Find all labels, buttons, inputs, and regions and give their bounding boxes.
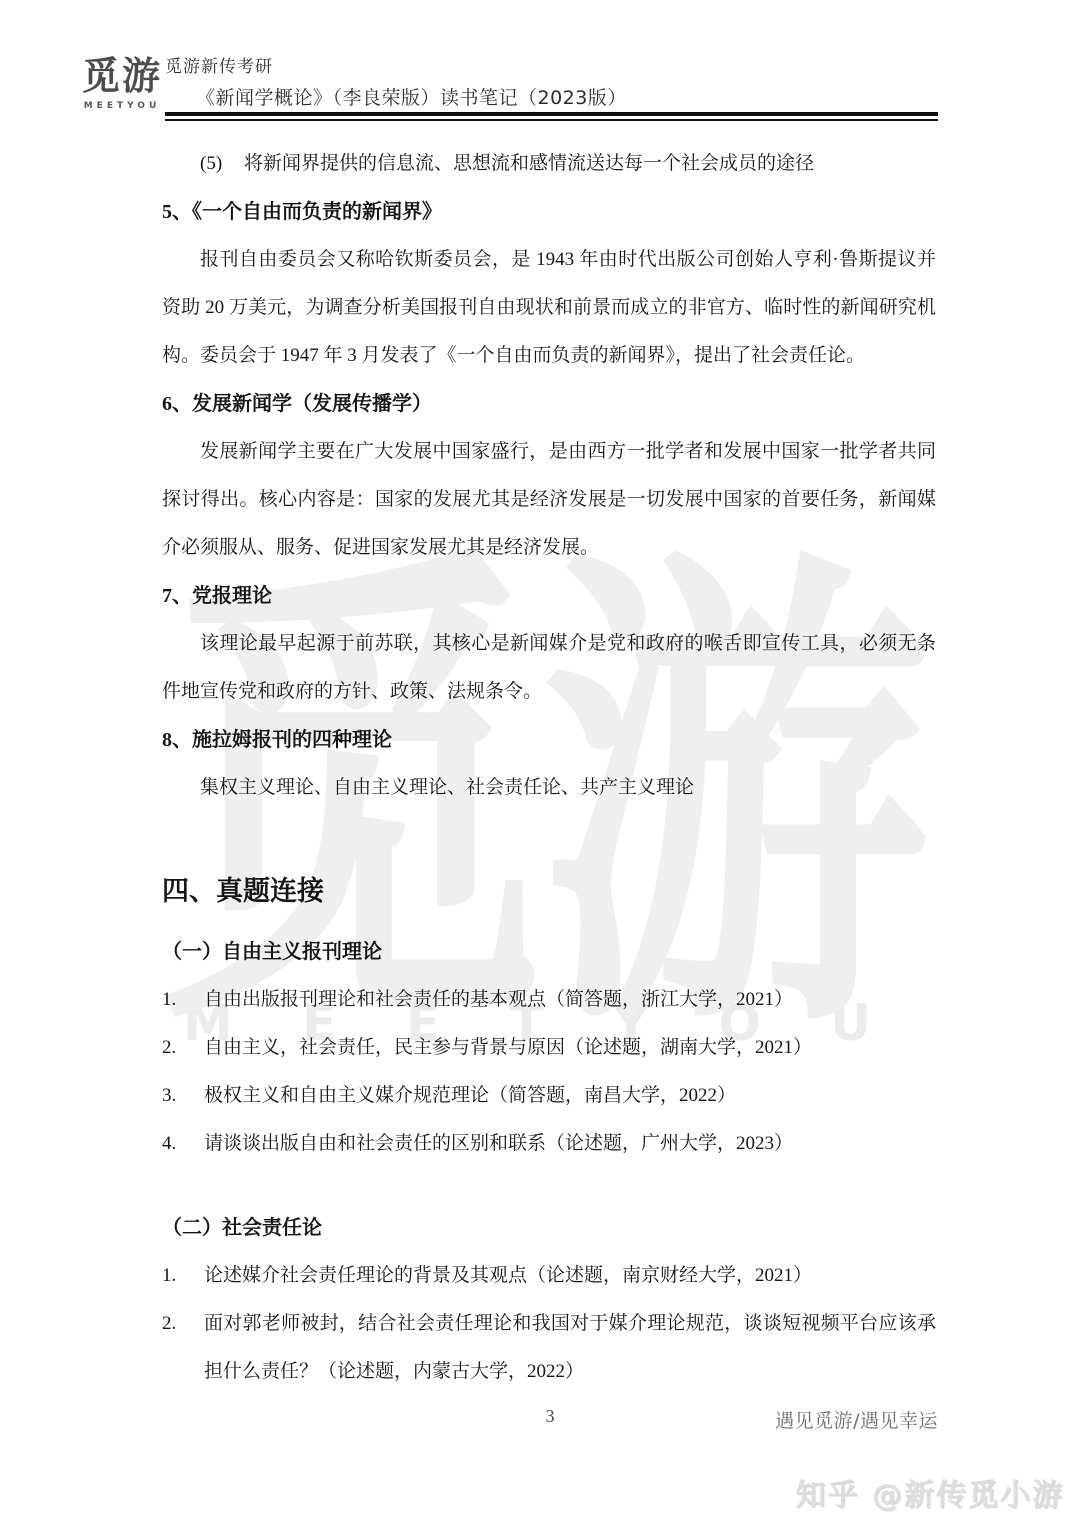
item-text: 自由主义，社会责任，民主参与背景与原因（论述题，湖南大学，2021） xyxy=(204,1024,936,1072)
item-text: 自由出版报刊理论和社会责任的基本观点（简答题，浙江大学，2021） xyxy=(204,976,936,1024)
paragraph: 集权主义理论、自由主义理论、社会责任论、共产主义理论 xyxy=(162,764,936,812)
logo-latin-label: MEETYOU xyxy=(78,101,166,111)
paragraph: 发展新闻学主要在广大发展中国家盛行，是由西方一批学者和发展中国家一批学者共同探讨… xyxy=(162,428,936,572)
item-text: 面对郭老师被封，结合社会责任理论和我国对于媒介理论规范，谈谈短视频平台应该承担什… xyxy=(204,1300,936,1396)
list-item: 1.自由出版报刊理论和社会责任的基本观点（简答题，浙江大学，2021） xyxy=(162,976,936,1024)
section-heading: 四、真题连接 xyxy=(162,860,936,922)
sub-heading: 6、发展新闻学（发展传播学） xyxy=(162,380,936,428)
document-page: 觅游 M E E T Y O U 觅游 MEETYOU 觅游新传考研 《新闻学概… xyxy=(0,0,1080,1528)
paragraph: 报刊自由委员会又称哈钦斯委员会，是 1943 年由时代出版公司创始人亨利·鲁斯提… xyxy=(162,236,936,380)
brand-logo: 觅游 MEETYOU xyxy=(78,54,166,111)
list-item: 2.自由主义，社会责任，民主参与背景与原因（论述题，湖南大学，2021） xyxy=(162,1024,936,1072)
list-item: 3.极权主义和自由主义媒介规范理论（简答题，南昌大学，2022） xyxy=(162,1072,936,1120)
list-item: 1.论述媒介社会责任理论的背景及其观点（论述题，南京财经大学，2021） xyxy=(162,1252,936,1300)
page-footer: 3 遇见觅游/遇见幸运 xyxy=(162,1406,938,1436)
item-number: (5) xyxy=(200,140,244,188)
sub-heading: 5、《一个自由而负责的新闻界》 xyxy=(162,188,936,236)
header-divider-rule xyxy=(165,112,938,121)
list-item: 4.请谈谈出版自由和社会责任的区别和联系（论述题，广州大学，2023） xyxy=(162,1120,936,1168)
header-brand-line: 觅游新传考研 xyxy=(165,52,273,77)
item-text: 将新闻界提供的信息流、思想流和感情流送达每一个社会成员的途径 xyxy=(244,140,936,188)
item-number: 2. xyxy=(162,1024,204,1072)
paragraph: 该理论最早起源于前苏联，其核心是新闻媒介是党和政府的喉舌即宣传工具，必须无条件地… xyxy=(162,620,936,716)
item-number: 4. xyxy=(162,1120,204,1168)
sub-heading: 8、施拉姆报刊的四种理论 xyxy=(162,716,936,764)
logo-characters: 觅游 xyxy=(78,54,166,98)
item-number: 1. xyxy=(162,1252,204,1300)
document-body: (5)将新闻界提供的信息流、思想流和感情流送达每一个社会成员的途径5、《一个自由… xyxy=(162,140,936,1396)
footer-slogan: 遇见觅游/遇见幸运 xyxy=(775,1406,938,1433)
item-text: 请谈谈出版自由和社会责任的区别和联系（论述题，广州大学，2023） xyxy=(204,1120,936,1168)
item-number: 3. xyxy=(162,1072,204,1120)
group-heading: （一）自由主义报刊理论 xyxy=(162,928,936,976)
header-document-title: 《新闻学概论》（李良荣版）读书笔记（2023版） xyxy=(196,83,627,110)
list-item: 2.面对郭老师被封，结合社会责任理论和我国对于媒介理论规范，谈谈短视频平台应该承… xyxy=(162,1300,936,1396)
item-number: 2. xyxy=(162,1300,204,1396)
sub-heading: 7、党报理论 xyxy=(162,572,936,620)
zhihu-corner-watermark: 知乎 @新传觅小游 xyxy=(796,1470,1064,1514)
item-text: 极权主义和自由主义媒介规范理论（简答题，南昌大学，2022） xyxy=(204,1072,936,1120)
item-number: 1. xyxy=(162,976,204,1024)
page-number: 3 xyxy=(546,1406,555,1427)
group-heading: （二）社会责任论 xyxy=(162,1204,936,1252)
item-text: 论述媒介社会责任理论的背景及其观点（论述题，南京财经大学，2021） xyxy=(204,1252,936,1300)
numbered-line: (5)将新闻界提供的信息流、思想流和感情流送达每一个社会成员的途径 xyxy=(162,140,936,188)
